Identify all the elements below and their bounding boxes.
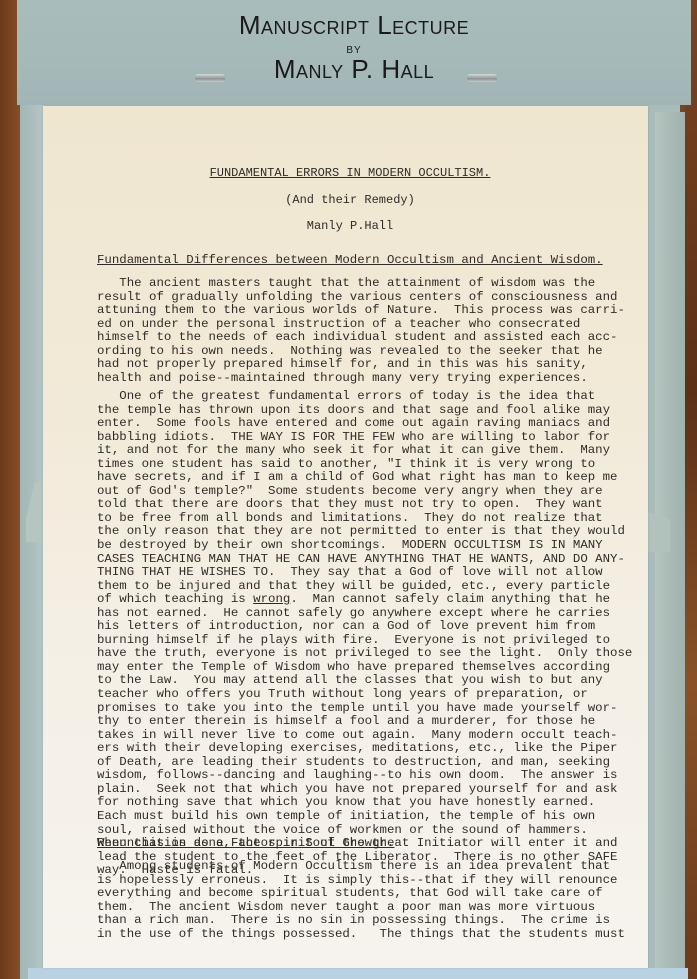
metal-fastener-icon bbox=[467, 74, 497, 82]
text-line: plain. Seek not that which you have not … bbox=[97, 783, 657, 797]
text-line: burning himself if he plays with fire. E… bbox=[97, 634, 657, 648]
paragraph: One of the greatest fundamental errors o… bbox=[97, 390, 657, 878]
text-line: ed on under the personal instruction of … bbox=[97, 318, 657, 332]
text-line: for nothing save that which you know tha… bbox=[97, 796, 657, 810]
text-line: Each must build his own temple of initia… bbox=[97, 810, 657, 824]
text-line: everything and become spiritual students… bbox=[97, 887, 657, 901]
text-line: The ancient masters taught that the atta… bbox=[97, 277, 657, 291]
wood-table-edge bbox=[685, 0, 697, 979]
text-line: to the Law. You may attend all the class… bbox=[97, 674, 657, 688]
text-line: CASES TEACHING MAN THAT HE CAN HAVE ANYT… bbox=[97, 553, 657, 567]
text-line: enter. Some fools have entered and come … bbox=[97, 417, 657, 431]
text-line: of Death, are leading their students to … bbox=[97, 756, 657, 770]
folder-header-flap: Manuscript Lecture by Manly P. Hall bbox=[17, 0, 691, 105]
document-subtitle: (And their Remedy) bbox=[55, 194, 645, 208]
text-line: his letters of introduction, nor can a G… bbox=[97, 620, 657, 634]
text-line: have the truth, everyone is not privileg… bbox=[97, 647, 657, 661]
text-line: the only reason that they are not permit… bbox=[97, 525, 657, 539]
text-line: THING THAT HE WISHES TO. They say that a… bbox=[97, 566, 657, 580]
text-line: One of the greatest fundamental errors o… bbox=[97, 390, 657, 404]
text-line: wisdom, follows--dancing and laughing--t… bbox=[97, 769, 657, 783]
text-line: out of God's temple?" Some students beco… bbox=[97, 485, 657, 499]
text-line: promises to take you into the temple unt… bbox=[97, 702, 657, 716]
text-line: health and poise--maintained through man… bbox=[97, 372, 657, 386]
text-line: had not properly prepared himself for, a… bbox=[97, 358, 657, 372]
text-line: them. The ancient Wisdom never taught a … bbox=[97, 901, 657, 915]
text-line: them to be injured and that they will be… bbox=[97, 580, 657, 594]
text-line: have secrets, and if I am a child of God… bbox=[97, 471, 657, 485]
text-line: the temple has thrown upon its doors and… bbox=[97, 404, 657, 418]
text-line: is hopelessly erroneus. It is simply thi… bbox=[97, 874, 657, 888]
folder-bottom-edge bbox=[28, 968, 688, 979]
section-heading: Fundamental Differences between Modern O… bbox=[97, 254, 603, 268]
text-line: Among students of Modern Occultism there… bbox=[97, 860, 657, 874]
text-line: attuning them to the various worlds of N… bbox=[97, 304, 657, 318]
folder-author: Manly P. Hall bbox=[17, 54, 691, 85]
paragraph: The ancient masters taught that the atta… bbox=[97, 277, 657, 385]
text-line: told that there are doors that they must… bbox=[97, 498, 657, 512]
text-line: result of gradually unfolding the variou… bbox=[97, 291, 657, 305]
text-line: it, and not for the many who seek it for… bbox=[97, 444, 657, 458]
document-title: FUNDAMENTAL ERRORS IN MODERN OCCULTISM. bbox=[55, 167, 645, 181]
text-line: himself to the needs of each individual … bbox=[97, 331, 657, 345]
paragraph: Among students of Modern Occultism there… bbox=[97, 860, 657, 941]
text-line: than a rich man. There is no sin in poss… bbox=[97, 914, 657, 928]
text-line: ording to his own needs. Nothing was rev… bbox=[97, 345, 657, 359]
text-line: soul, raised without the voice of workme… bbox=[97, 824, 657, 838]
text-line: of which teaching is wrong. Man cannot s… bbox=[97, 593, 657, 607]
text-line: may enter the Temple of Wisdom who have … bbox=[97, 661, 657, 675]
text-line: in the use of the things possessed. The … bbox=[97, 928, 657, 942]
text-line: to be free from all bonds and limitation… bbox=[97, 512, 657, 526]
text-line: has not earned. He cannot safely go anyw… bbox=[97, 607, 657, 621]
text-line: takes in will never live to come out aga… bbox=[97, 729, 657, 743]
document-author: Manly P.Hall bbox=[55, 220, 645, 234]
text-line: ers with their developing exercises, med… bbox=[97, 742, 657, 756]
folder-title: Manuscript Lecture bbox=[17, 10, 691, 41]
text-line: thy to enter therein is himself a fool a… bbox=[97, 715, 657, 729]
metal-fastener-icon bbox=[195, 74, 225, 82]
text-line: teacher who offers you Truth without lon… bbox=[97, 688, 657, 702]
text-line: be destroyed by their own shortcomings. … bbox=[97, 539, 657, 553]
text-line: babbling idiots. THE WAY IS FOR THE FEW … bbox=[97, 431, 657, 445]
text-line: times one student has said to another, "… bbox=[97, 458, 657, 472]
section-heading: Renunciation as a Factor in Soul Growth. bbox=[97, 837, 394, 851]
